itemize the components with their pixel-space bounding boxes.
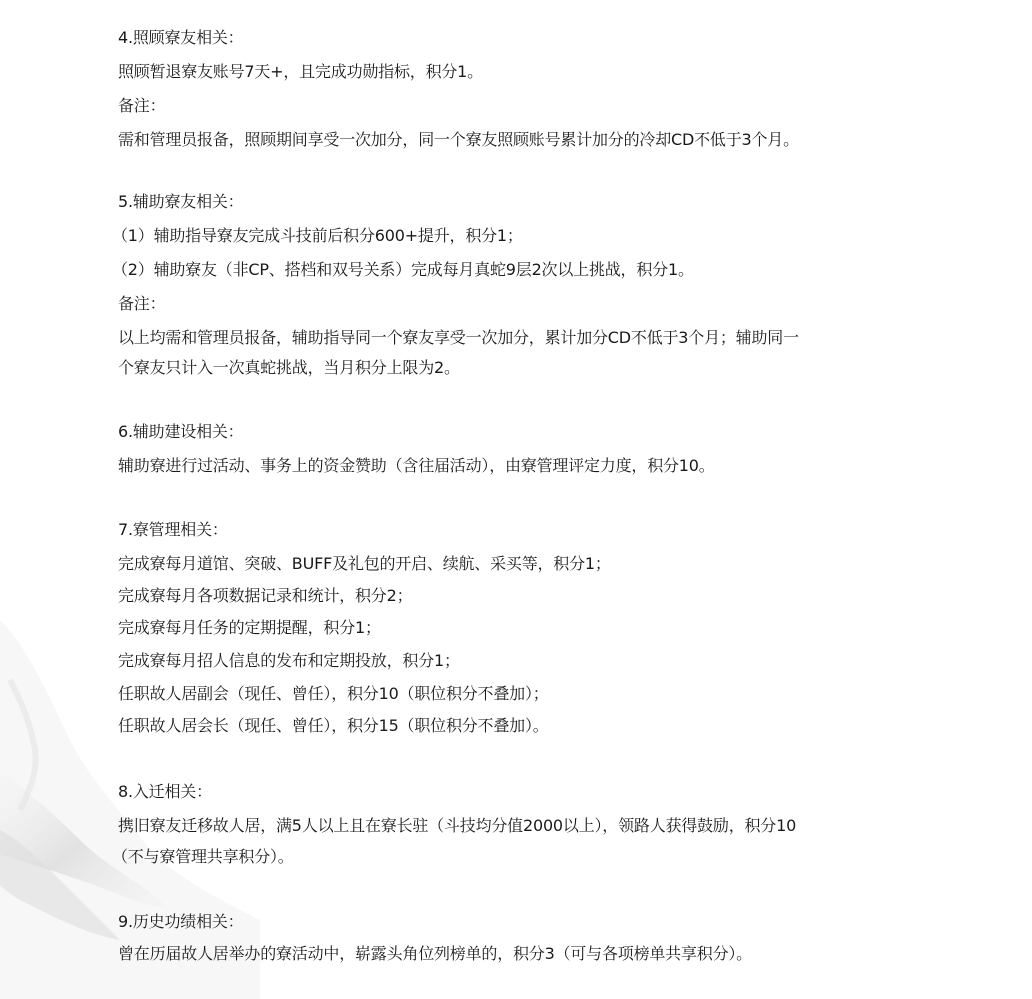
section-7-line: 完成寮每月各项数据记录和统计，积分2； [118, 586, 412, 606]
section-5-line: （1）辅助指导寮友完成斗技前后积分600+提升，积分1； [112, 226, 523, 246]
section-5-note: 以上均需和管理员报备，辅助指导同一个寮友享受一次加分，累计加分CD不低于3个月；… [118, 328, 799, 348]
section-5-title: 5.辅助寮友相关： [118, 192, 243, 212]
section-4-note: 需和管理员报备，照顾期间享受一次加分，同一个寮友照顾账号累计加分的冷却CD不低于… [118, 130, 799, 150]
section-7-line: 完成寮每月招人信息的发布和定期投放，积分1； [118, 651, 460, 671]
section-8-line: （不与寮管理共享积分）。 [112, 847, 294, 867]
section-6-line: 辅助寮进行过活动、事务上的资金赞助（含往届活动），由寮管理评定力度，积分10。 [118, 456, 715, 476]
section-6-title: 6.辅助建设相关： [118, 422, 243, 442]
section-4-line: 照顾暂退寮友账号7天+，且完成功勋指标，积分1。 [118, 62, 483, 82]
section-7-line: 任职故人居会长（现任、曾任），积分15（职位积分不叠加）。 [118, 716, 549, 736]
section-9-title: 9.历史功绩相关： [118, 912, 243, 932]
section-9-line: 曾在历届故人居举办的寮活动中，崭露头角位列榜单的，积分3（可与各项榜单共享积分）… [118, 944, 752, 964]
section-8-title: 8.入迁相关： [118, 782, 212, 802]
section-4-note-label: 备注： [118, 96, 165, 116]
section-7-title: 7.寮管理相关： [118, 520, 228, 540]
section-5-note: 个寮友只计入一次真蛇挑战，当月积分上限为2。 [118, 358, 460, 378]
section-5-line: （2）辅助寮友（非CP、搭档和双号关系）完成每月真蛇9层2次以上挑战，积分1。 [112, 260, 694, 280]
section-7-line: 完成寮每月任务的定期提醒，积分1； [118, 618, 381, 638]
section-5-note-label: 备注： [118, 294, 165, 314]
section-7-line: 完成寮每月道馆、突破、BUFF及礼包的开启、续航、采买等，积分1； [118, 554, 611, 574]
section-8-line: 携旧寮友迁移故人居，满5人以上且在寮长驻（斗技均分值2000以上），领路人获得鼓… [118, 816, 796, 836]
section-7-line: 任职故人居副会（现任、曾任），积分10（职位积分不叠加）； [118, 684, 549, 704]
section-4-title: 4.照顾寮友相关： [118, 28, 243, 48]
